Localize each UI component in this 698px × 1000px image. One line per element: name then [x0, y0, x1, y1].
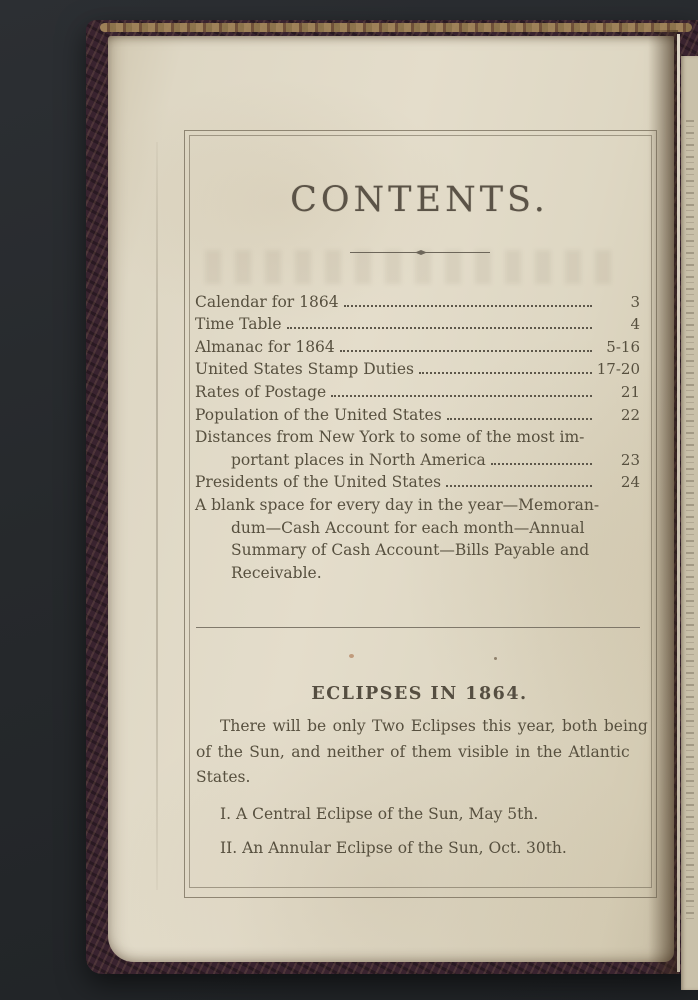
toc-entry-label: dum—Cash Account for each month—Annual [195, 519, 585, 537]
section-divider-rule [196, 627, 640, 628]
toc-row: Summary of Cash Account—Bills Payable an… [195, 537, 640, 560]
toc-entry-label: Receivable. [195, 564, 322, 582]
title-divider-diamond [415, 250, 427, 255]
toc-entry-label: portant places in North America [195, 451, 486, 469]
toc-dot-leader [446, 485, 592, 487]
paper-speck [494, 657, 497, 660]
toc-row: Time Table 4 [195, 311, 640, 334]
toc-page-number: 5-16 [594, 338, 640, 356]
toc-entry-label: Almanac for 1864 [195, 338, 335, 356]
toc-page-number: 17-20 [594, 360, 640, 378]
eclipse-item: II. An Annular Eclipse of the Sun, Oct. … [220, 823, 640, 858]
toc-row: portant places in North America 23 [195, 446, 640, 469]
toc-entry-label: Distances from New York to some of the m… [195, 428, 584, 446]
book-cover-top-edge [100, 23, 692, 32]
page-crease [156, 142, 158, 890]
contents-title: CONTENTS. [184, 180, 655, 220]
table-of-contents: Calendar for 1864 3 Time Table 4 Almanac… [195, 288, 640, 582]
page-fold-highlight [677, 34, 680, 972]
toc-row: United States Stamp Duties 17-20 [195, 356, 640, 379]
paper-stain [349, 654, 354, 658]
toc-dot-leader [331, 395, 592, 397]
toc-row: Almanac for 1864 5-16 [195, 333, 640, 356]
toc-row: dum—Cash Account for each month—Annual [195, 514, 640, 537]
toc-page-number: 4 [594, 315, 640, 333]
toc-row: Presidents of the United States 24 [195, 469, 640, 492]
toc-entry-label: Rates of Postage [195, 383, 326, 401]
toc-page-number: 3 [594, 293, 640, 311]
adjacent-page-showthrough [686, 120, 694, 920]
toc-page-number: 21 [594, 383, 640, 401]
eclipses-intro-paragraph: There will be only Two Eclipses this yea… [196, 714, 656, 791]
eclipses-heading: ECLIPSES IN 1864. [184, 684, 655, 704]
toc-row: Receivable. [195, 559, 640, 582]
scanned-book-photo: CONTENTS. Calendar for 1864 3 Time Table… [0, 0, 698, 1000]
toc-dot-leader [344, 305, 592, 307]
toc-page-number: 24 [594, 473, 640, 491]
toc-entry-label: Calendar for 1864 [195, 293, 339, 311]
toc-dot-leader [447, 418, 592, 420]
toc-dot-leader [340, 350, 592, 352]
toc-entry-label: Population of the United States [195, 406, 442, 424]
toc-dot-leader [491, 463, 592, 465]
toc-page-number: 22 [594, 406, 640, 424]
toc-row: Population of the United States 22 [195, 401, 640, 424]
title-divider [350, 249, 490, 257]
toc-row: Distances from New York to some of the m… [195, 424, 640, 447]
toc-page-number: 23 [594, 451, 640, 469]
toc-row: Calendar for 1864 3 [195, 288, 640, 311]
toc-row: Rates of Postage 21 [195, 378, 640, 401]
toc-dot-leader [287, 327, 592, 329]
toc-entry-label: Presidents of the United States [195, 473, 441, 491]
toc-row: A blank space for every day in the year—… [195, 491, 640, 514]
toc-entry-label: United States Stamp Duties [195, 360, 414, 378]
toc-entry-label: Time Table [195, 315, 282, 333]
toc-dot-leader [419, 372, 592, 374]
toc-entry-label: Summary of Cash Account—Bills Payable an… [195, 541, 589, 559]
toc-entry-label: A blank space for every day in the year—… [195, 496, 599, 514]
eclipse-list: I. A Central Eclipse of the Sun, May 5th… [220, 788, 640, 857]
eclipse-item: I. A Central Eclipse of the Sun, May 5th… [220, 788, 640, 823]
